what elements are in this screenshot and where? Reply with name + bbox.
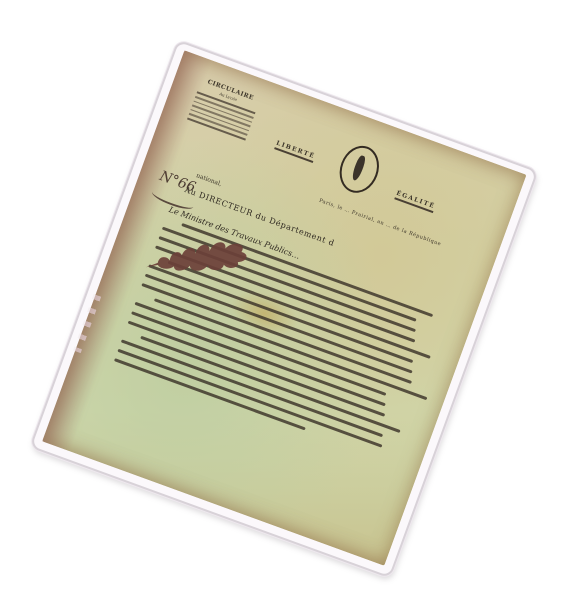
seal-figure-icon <box>351 154 367 181</box>
torn-edge <box>73 294 101 353</box>
plastic-sleeve: CIRCULAIRE Au Lycée N°66 LIBERTÉ ÉGALITÉ… <box>29 39 538 578</box>
motto-liberte: LIBERTÉ <box>274 140 316 163</box>
circular-header: CIRCULAIRE Au Lycée <box>182 75 264 145</box>
pressed-oak-leaf-icon <box>143 234 254 276</box>
photo-scene: CIRCULAIRE Au Lycée N°66 LIBERTÉ ÉGALITÉ… <box>0 0 567 600</box>
oval-seal-icon <box>333 140 385 198</box>
motto-egalite: ÉGALITÉ <box>394 190 436 213</box>
body-text-line <box>154 298 428 400</box>
salutation: national, <box>195 172 222 188</box>
document-page: CIRCULAIRE Au Lycée N°66 LIBERTÉ ÉGALITÉ… <box>42 50 526 565</box>
body-text-line <box>114 358 306 430</box>
